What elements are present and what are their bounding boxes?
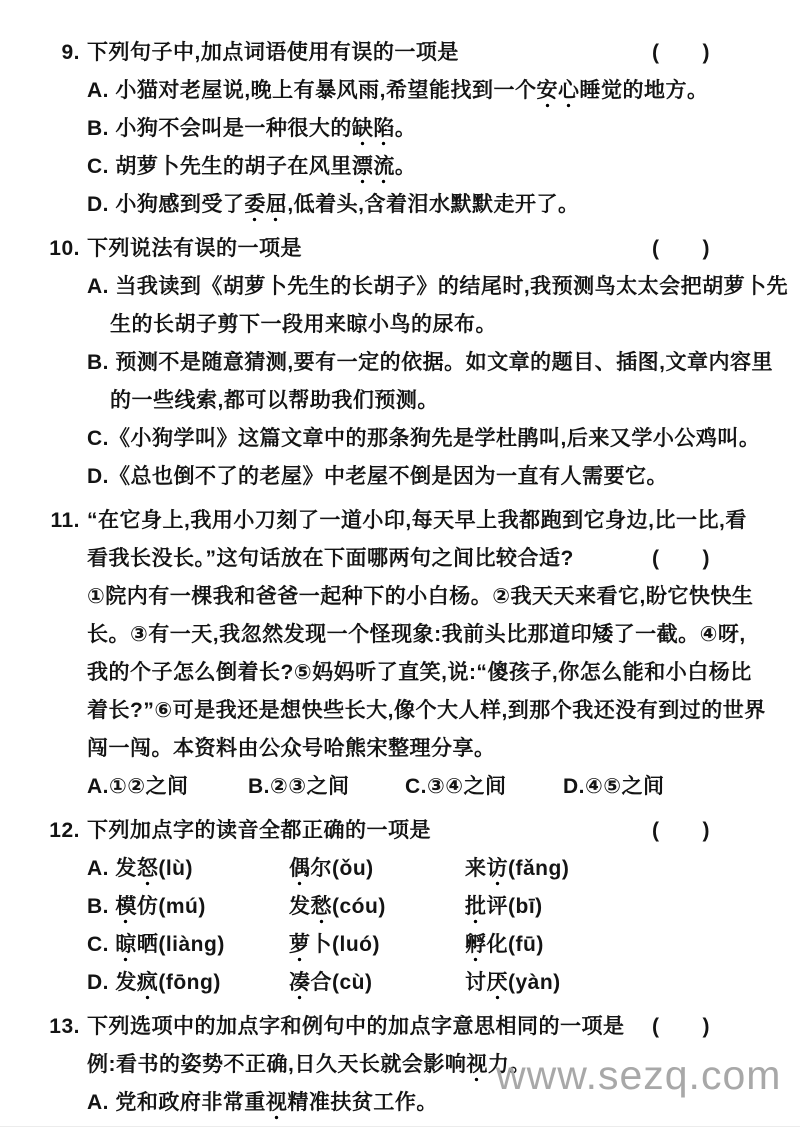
- question-row: A. 小猫对老屋说,晚上有暴风雨,希望能找到一个安心睡觉的地方。: [0, 72, 800, 110]
- emphasized-text: 萝: [289, 933, 311, 962]
- question-row: D. 发疯(fōng)凑合(cù)讨厌(yàn): [0, 964, 800, 1002]
- text-segment: (lù): [158, 857, 193, 880]
- question-10: 10.下列说法有误的一项是( )A. 当我读到《胡萝卜先生的长胡子》的结尾时,我…: [0, 230, 800, 496]
- text-segment: 发: [289, 895, 311, 918]
- option-cell: B. 模仿(mú): [87, 888, 289, 926]
- option-cell: D. 发疯(fōng): [87, 964, 289, 1002]
- text-segment: A. 党和政府非常重: [87, 1091, 266, 1114]
- text-segment: A. 当我读到《胡萝卜先生的长胡子》的结尾时,我预测鸟太太会把胡萝卜先: [87, 275, 788, 298]
- question-stem: 9.下列句子中,加点词语使用有误的一项是( ): [0, 34, 800, 72]
- question-number: 12.: [28, 812, 80, 850]
- option-cell: 发愁(cóu): [289, 888, 465, 926]
- text-segment: 合(cù): [311, 971, 373, 994]
- emphasized-text: 凑: [289, 971, 311, 1000]
- emphasized-text: 批: [465, 895, 487, 924]
- question-row: 长。③有一天,我忽然发现一个怪现象:我前头比那道印矮了一截。④呀,: [0, 616, 800, 654]
- text-segment: A.①②之间: [87, 775, 189, 798]
- text-segment: “在它身上,我用小刀刻了一道小印,每天早上我都跑到它身边,比一比,看: [87, 509, 747, 532]
- question-row: C.《小狗学叫》这篇文章中的那条狗先是学杜鹃叫,后来又学小公鸡叫。: [0, 420, 800, 458]
- text-segment: D. 发: [87, 971, 137, 994]
- question-row: B. 模仿(mú)发愁(cóu)批评(bī): [0, 888, 800, 926]
- option-cell: 偶尔(ǒu): [289, 850, 465, 888]
- emphasized-text: 怒: [137, 857, 159, 886]
- text-segment: 化(fū): [487, 933, 544, 956]
- text-segment: 评(bī): [487, 895, 543, 918]
- question-row: 生的长胡子剪下一段用来晾小鸟的尿布。: [0, 306, 800, 344]
- option-cell: D.④⑤之间: [563, 768, 665, 806]
- question-row: A.①②之间B.②③之间C.③④之间D.④⑤之间: [0, 768, 800, 806]
- question-12: 12.下列加点字的读音全都正确的一项是( )A. 发怒(lù)偶尔(ǒu)来访(…: [0, 812, 800, 1002]
- answer-bracket: ( ): [652, 1008, 710, 1046]
- page-edge-line: [0, 1126, 800, 1127]
- text-segment: 仿(mú): [137, 895, 206, 918]
- text-segment: 来: [465, 857, 487, 880]
- option-cell: 孵化(fū): [465, 926, 544, 964]
- question-row: B. 小狗不会叫是一种很大的缺陷。: [0, 110, 800, 148]
- text-segment: D.《总也倒不了的老屋》中老屋不倒是因为一直有人需要它。: [87, 465, 668, 488]
- watermark: www.sezq.com: [496, 1052, 781, 1099]
- text-segment: ,低着头,含着泪水默默走开了。: [287, 193, 579, 216]
- answer-bracket: ( ): [652, 230, 710, 268]
- question-row: A. 发怒(lù)偶尔(ǒu)来访(fǎng): [0, 850, 800, 888]
- option-cell: C. 晾晒(liàng): [87, 926, 289, 964]
- question-row: 看我长没长。”这句话放在下面哪两句之间比较合适?( ): [0, 540, 800, 578]
- text-segment: 。: [395, 155, 417, 178]
- question-row: A. 当我读到《胡萝卜先生的长胡子》的结尾时,我预测鸟太太会把胡萝卜先: [0, 268, 800, 306]
- answer-bracket: ( ): [652, 34, 710, 72]
- option-cell: C.③④之间: [405, 768, 563, 806]
- text-segment: (cóu): [332, 895, 386, 918]
- emphasized-text: 模: [115, 895, 137, 924]
- text-segment: ①院内有一棵我和爸爸一起种下的小白杨。②我天天来看它,盼它快快生: [87, 585, 753, 608]
- answer-bracket: ( ): [652, 812, 710, 850]
- question-number: 9.: [28, 34, 80, 72]
- text-segment: 长。③有一天,我忽然发现一个怪现象:我前头比那道印矮了一截。④呀,: [87, 623, 746, 646]
- text-segment: C.: [87, 933, 115, 956]
- question-row: 的一些线索,都可以帮助我们预测。: [0, 382, 800, 420]
- emphasized-text: 视: [266, 1091, 288, 1120]
- text-segment: 的一些线索,都可以帮助我们预测。: [110, 389, 439, 412]
- text-segment: (fōng): [158, 971, 220, 994]
- option-cell: 来访(fǎng): [465, 850, 569, 888]
- question-stem: 10.下列说法有误的一项是( ): [0, 230, 800, 268]
- option-cell: 凑合(cù): [289, 964, 465, 1002]
- question-row: B. 预测不是随意猜测,要有一定的依据。如文章的题目、插图,文章内容里: [0, 344, 800, 382]
- text-segment: D. 小狗感到受了: [87, 193, 244, 216]
- question-row: 我的个子怎么倒着长?⑤妈妈听了直笑,说:“傻孩子,你怎么能和小白杨比: [0, 654, 800, 692]
- question-row: C. 晾晒(liàng)萝卜(luó)孵化(fū): [0, 926, 800, 964]
- text-segment: B. 小狗不会叫是一种很大的: [87, 117, 352, 140]
- emphasized-text: 孵: [465, 933, 487, 962]
- emphasized-text: 视: [466, 1053, 488, 1082]
- text-segment: 着长?”⑥可是我还是想快些长大,像个大人样,到那个我还没有到过的世界: [87, 699, 766, 722]
- question-stem: 13.下列选项中的加点字和例句中的加点字意思相同的一项是( ): [0, 1008, 800, 1046]
- question-number: 11.: [28, 502, 80, 540]
- text-segment: A. 小猫对老屋说,晚上有暴风雨,希望能找到一个: [87, 79, 537, 102]
- question-list: 9.下列句子中,加点词语使用有误的一项是( )A. 小猫对老屋说,晚上有暴风雨,…: [0, 0, 800, 1122]
- text-segment: 。: [395, 117, 417, 140]
- answer-bracket: ( ): [652, 540, 710, 578]
- question-11: 11.“在它身上,我用小刀刻了一道小印,每天早上我都跑到它身边,比一比,看看我长…: [0, 502, 800, 806]
- text-segment: 例:看书的姿势不正确,日久天长就会影响: [87, 1053, 466, 1076]
- text-segment: B. 预测不是随意猜测,要有一定的依据。如文章的题目、插图,文章内容里: [87, 351, 773, 374]
- option-cell: 萝卜(luó): [289, 926, 465, 964]
- text-segment: 卜(luó): [311, 933, 380, 956]
- text-segment: 下列加点字的读音全都正确的一项是: [87, 819, 431, 842]
- option-cell: 批评(bī): [465, 888, 543, 926]
- question-row: 着长?”⑥可是我还是想快些长大,像个大人样,到那个我还没有到过的世界: [0, 692, 800, 730]
- question-number: 10.: [28, 230, 80, 268]
- text-segment: 睡觉的地方。: [580, 79, 709, 102]
- emphasized-text: 厌: [487, 971, 509, 1000]
- text-segment: C. 胡萝卜先生的胡子在风里: [87, 155, 352, 178]
- emphasized-text: 偶: [289, 857, 311, 886]
- question-number: 13.: [28, 1008, 80, 1046]
- text-segment: 下列说法有误的一项是: [87, 237, 302, 260]
- text-segment: 晒(liàng): [137, 933, 225, 956]
- option-cell: A.①②之间: [87, 768, 248, 806]
- question-row: ①院内有一棵我和爸爸一起种下的小白杨。②我天天来看它,盼它快快生: [0, 578, 800, 616]
- text-segment: 我的个子怎么倒着长?⑤妈妈听了直笑,说:“傻孩子,你怎么能和小白杨比: [87, 661, 752, 684]
- emphasized-text: 访: [487, 857, 509, 886]
- emphasized-text: 晾: [115, 933, 137, 962]
- text-segment: 下列选项中的加点字和例句中的加点字意思相同的一项是: [87, 1015, 625, 1038]
- emphasized-text: 漂流: [352, 155, 395, 184]
- text-segment: A. 发: [87, 857, 137, 880]
- emphasized-text: 委屈: [244, 193, 287, 222]
- text-segment: 闯一闯。本资料由公众号哈熊宋整理分享。: [87, 737, 496, 760]
- emphasized-text: 疯: [137, 971, 159, 1000]
- text-segment: 精准扶贫工作。: [287, 1091, 438, 1114]
- option-cell: B.②③之间: [248, 768, 405, 806]
- emphasized-text: 愁: [311, 895, 333, 924]
- text-segment: 看我长没长。”这句话放在下面哪两句之间比较合适?: [87, 547, 574, 570]
- option-cell: 讨厌(yàn): [465, 964, 561, 1002]
- question-row: D. 小狗感到受了委屈,低着头,含着泪水默默走开了。: [0, 186, 800, 224]
- text-segment: 讨: [465, 971, 487, 994]
- text-segment: 尔(ǒu): [311, 857, 374, 880]
- text-segment: C.《小狗学叫》这篇文章中的那条狗先是学杜鹃叫,后来又学小公鸡叫。: [87, 427, 760, 450]
- question-row: 闯一闯。本资料由公众号哈熊宋整理分享。: [0, 730, 800, 768]
- question-9: 9.下列句子中,加点词语使用有误的一项是( )A. 小猫对老屋说,晚上有暴风雨,…: [0, 34, 800, 224]
- text-segment: 生的长胡子剪下一段用来晾小鸟的尿布。: [110, 313, 497, 336]
- question-row: D.《总也倒不了的老屋》中老屋不倒是因为一直有人需要它。: [0, 458, 800, 496]
- text-segment: B.: [87, 895, 115, 918]
- text-segment: D.④⑤之间: [563, 775, 665, 798]
- exam-paper: { "page": { "bg": "#ffffff", "text_color…: [0, 0, 800, 1131]
- text-segment: (yàn): [508, 971, 561, 994]
- option-cell: A. 发怒(lù): [87, 850, 289, 888]
- text-segment: C.③④之间: [405, 775, 507, 798]
- text-segment: (fǎng): [508, 857, 569, 880]
- text-segment: 下列句子中,加点词语使用有误的一项是: [87, 41, 459, 64]
- question-stem: 11.“在它身上,我用小刀刻了一道小印,每天早上我都跑到它身边,比一比,看: [0, 502, 800, 540]
- emphasized-text: 安心: [537, 79, 580, 108]
- text-segment: B.②③之间: [248, 775, 350, 798]
- question-stem: 12.下列加点字的读音全都正确的一项是( ): [0, 812, 800, 850]
- question-row: C. 胡萝卜先生的胡子在风里漂流。: [0, 148, 800, 186]
- emphasized-text: 缺陷: [352, 117, 395, 146]
